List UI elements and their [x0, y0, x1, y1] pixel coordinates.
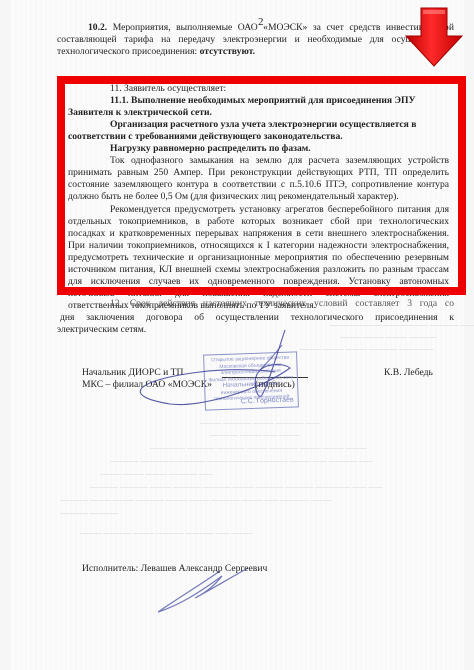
executor-line: Исполнитель: Левашев Александр Сергеевич	[82, 563, 267, 575]
